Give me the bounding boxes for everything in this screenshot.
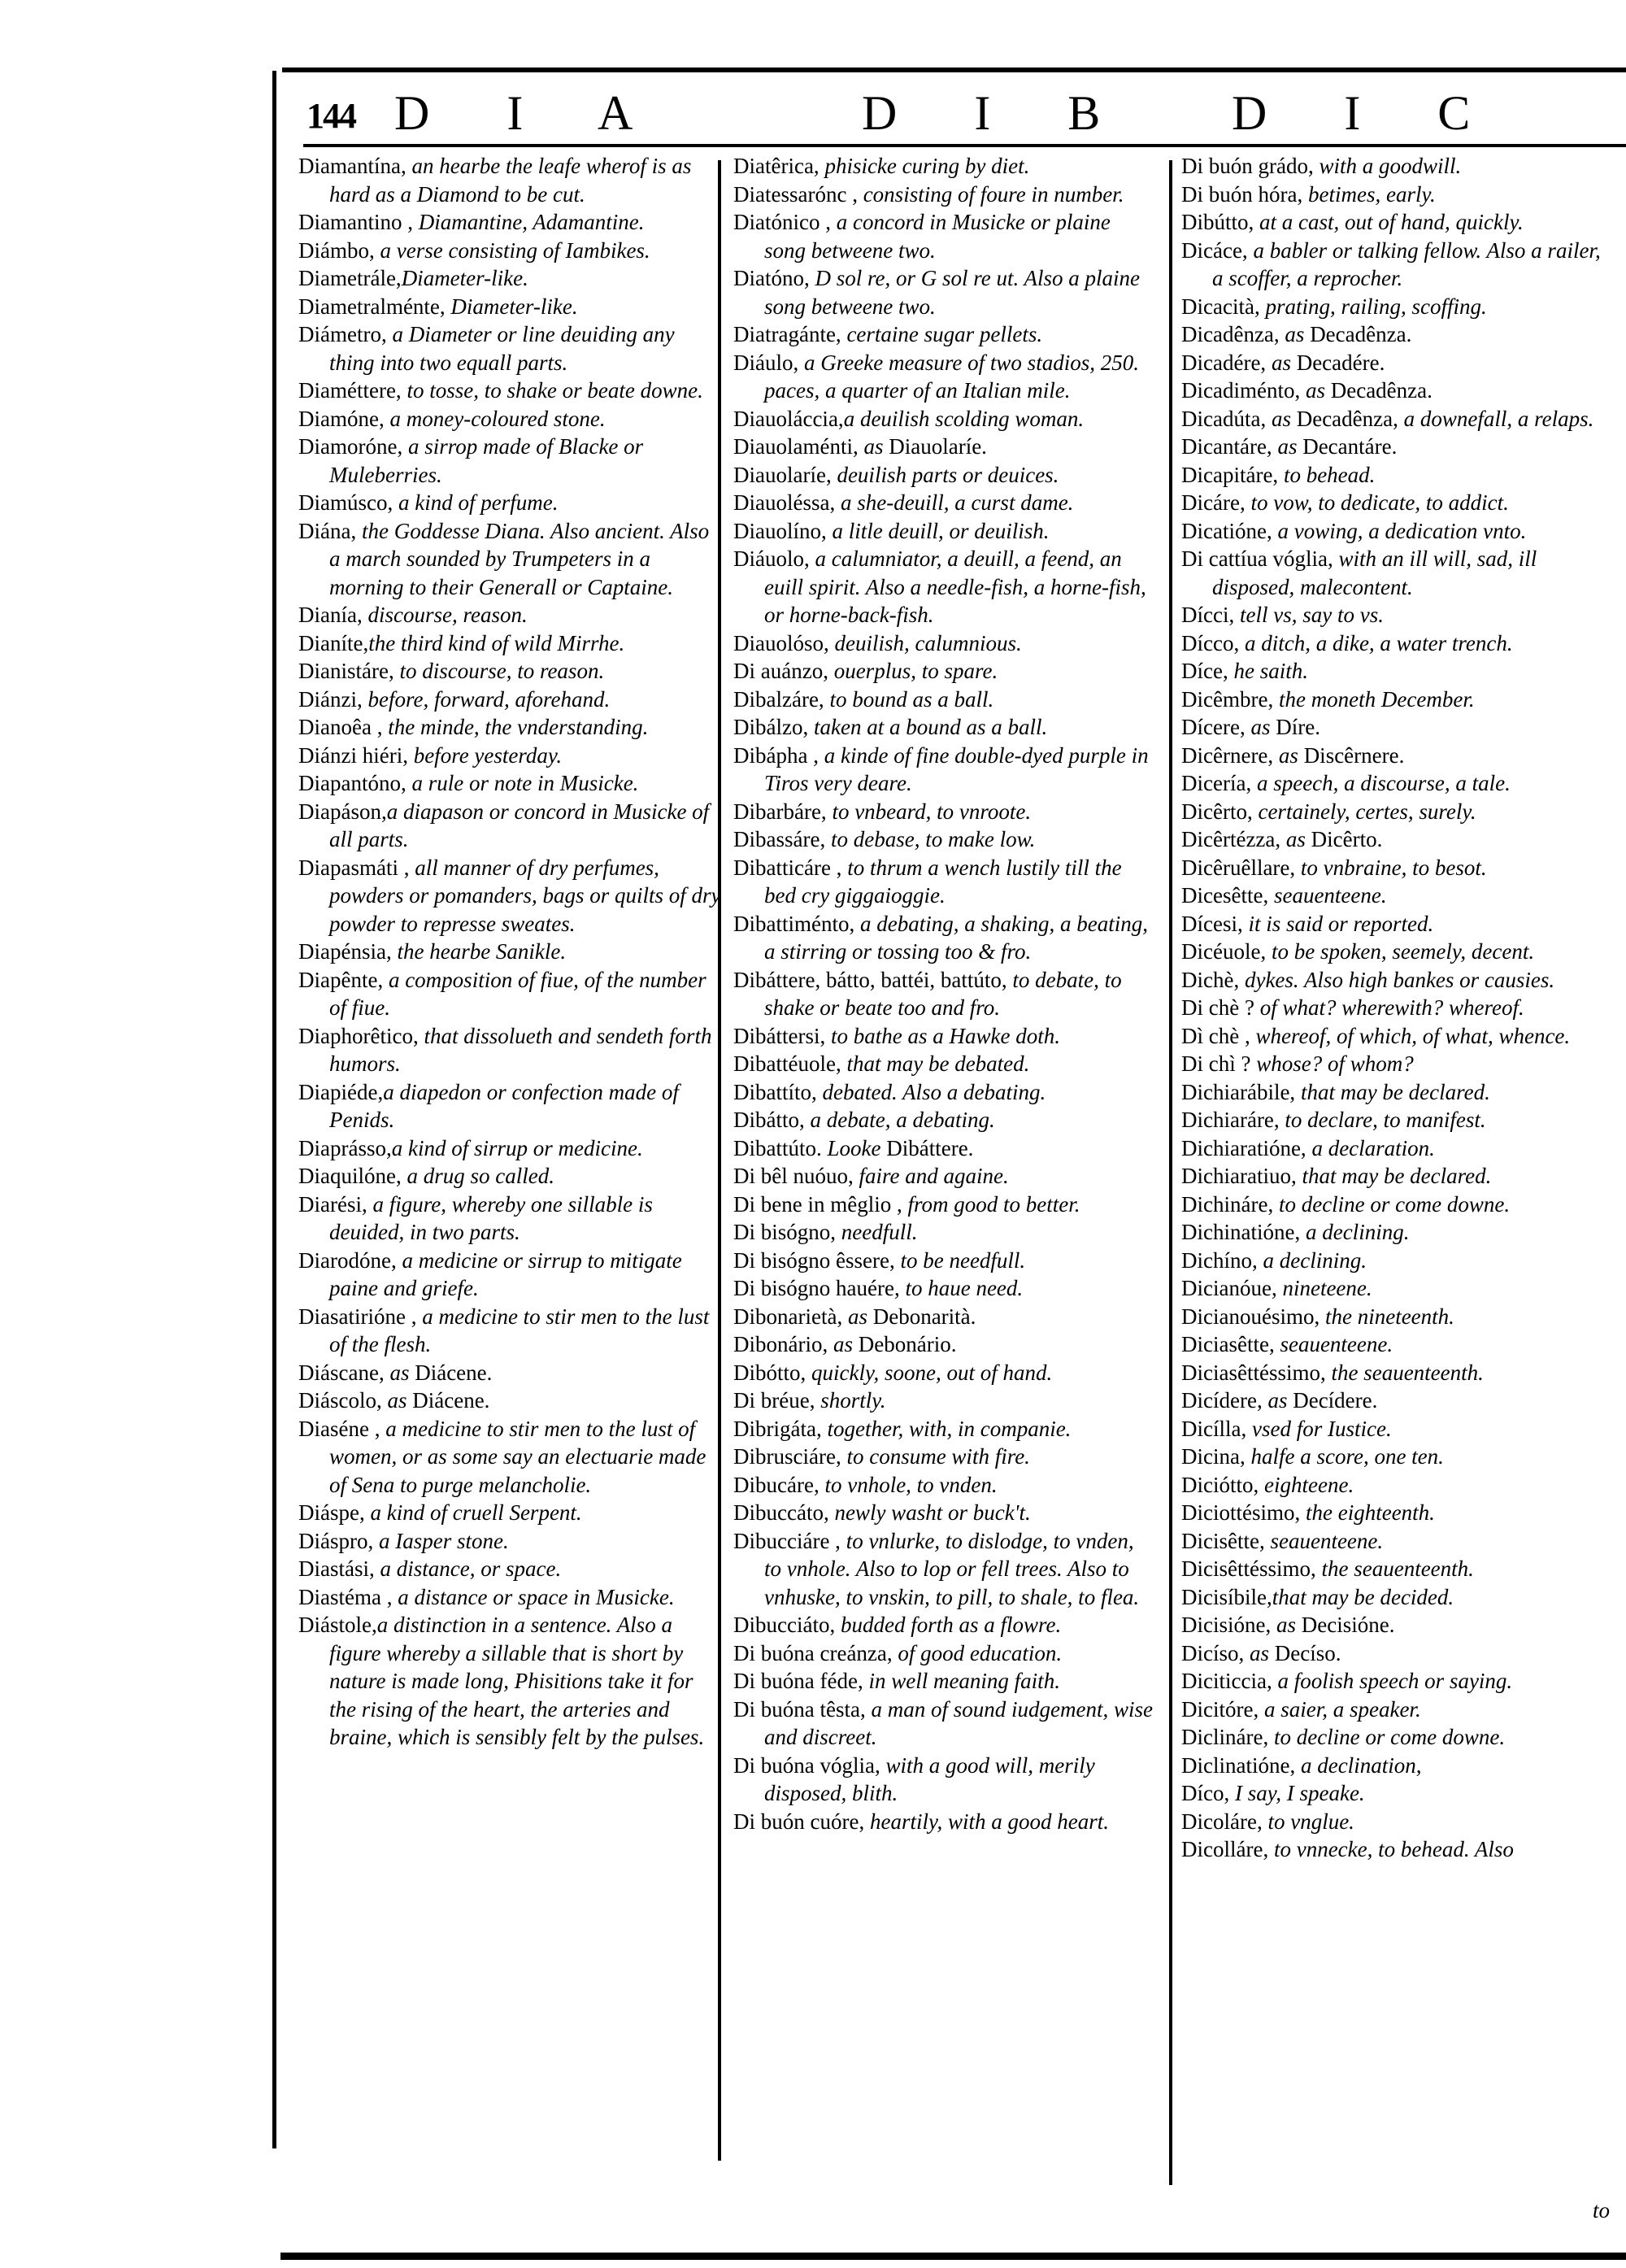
- definition: to decline or come downe.: [1268, 1725, 1505, 1749]
- headword: Dibucáre,: [733, 1473, 820, 1497]
- dictionary-entry: Diáuolo, a calumniator, a deuill, a feen…: [733, 545, 1156, 629]
- definition: before, forward, aforehand.: [363, 687, 611, 712]
- headword: Dicería,: [1181, 771, 1251, 795]
- headword: Dicêrto,: [1181, 799, 1253, 824]
- dictionary-entry: Di bréue, shortly.: [733, 1386, 1156, 1415]
- dictionary-entry: Diapiéde,a diapedon or confection made o…: [298, 1078, 721, 1134]
- definition: a kind of sirrup or medicine.: [392, 1136, 643, 1160]
- dictionary-entry: Dibassáre, to debase, to make low.: [733, 825, 1156, 854]
- headword: Diasatirióne ,: [298, 1304, 416, 1329]
- definition: a kinde of fine double-dyed purple in Ti…: [764, 743, 1149, 796]
- definition: vsed for Iustice.: [1246, 1417, 1391, 1441]
- definition: together, with, in companie.: [822, 1417, 1072, 1441]
- definition: a litle deuill, or deuilish.: [827, 519, 1050, 543]
- definition: needfull.: [836, 1220, 917, 1244]
- dictionary-entry: Dicina, halfe a score, one ten.: [1181, 1443, 1604, 1471]
- definition: deuilish parts or deuices.: [832, 463, 1059, 487]
- definition: a declining.: [1258, 1248, 1367, 1273]
- definition: Looke: [822, 1136, 886, 1160]
- headword: Diauolóso,: [733, 631, 829, 655]
- definition: seauenteene.: [1265, 1529, 1383, 1553]
- headword: Dibonário,: [733, 1332, 828, 1356]
- headword: Dibrusciáre,: [733, 1444, 841, 1469]
- headword: Diastási,: [298, 1556, 375, 1581]
- definition: faire and againe.: [854, 1164, 1009, 1188]
- dictionary-entry: Dibatticáre , to thrum a wench lustily t…: [733, 854, 1156, 910]
- definition: a speech, a discourse, a tale.: [1251, 771, 1511, 795]
- definition: to discourse, to reason.: [394, 659, 605, 683]
- dictionary-entry: Dicapitáre, to behead.: [1181, 461, 1604, 490]
- dictionary-entry: Diatóno, D sol re, or G sol re ut. Also …: [733, 264, 1156, 320]
- dictionary-entry: Dicisêtte, seauenteene.: [1181, 1527, 1604, 1556]
- definition: that may be decided.: [1272, 1585, 1454, 1609]
- definition: a ditch, a dike, a water trench.: [1239, 631, 1512, 655]
- headword: Dibótto,: [733, 1360, 806, 1385]
- dictionary-entry: Dicêrnere, as Discêrnere.: [1181, 742, 1604, 770]
- dictionary-entry: Dicêrtézza, as Dicêrto.: [1181, 825, 1604, 854]
- definition: a declination,: [1295, 1753, 1421, 1778]
- dictionary-entry: Di buón cuóre, heartily, with a good hea…: [733, 1808, 1156, 1836]
- headword: Diauolíno,: [733, 519, 827, 543]
- definition: a downefall, a relaps.: [1398, 407, 1594, 431]
- dictionary-entry: Diametralménte, Diameter-like.: [298, 293, 721, 321]
- headword: Dicisióne,: [1181, 1613, 1271, 1637]
- headword: Dícere,: [1181, 715, 1246, 739]
- definition: a Greeke measure of two stadios, 250. pa…: [764, 350, 1139, 403]
- headword: Dichiaratióne,: [1181, 1136, 1306, 1160]
- dictionary-entry: Dicílla, vsed for Iustice.: [1181, 1415, 1604, 1443]
- headword: Diáspe,: [298, 1500, 365, 1525]
- dictionary-entry: Dicisêttéssimo, the seauenteenth.: [1181, 1555, 1604, 1583]
- definition: a money-coloured stone.: [385, 407, 606, 431]
- dictionary-entry: Diánzi hiéri, before yesterday.: [298, 742, 721, 770]
- dictionary-entry: Dichíno, a declining.: [1181, 1247, 1604, 1275]
- dictionary-entry: Dibattúto. Looke Dibáttere.: [733, 1134, 1156, 1163]
- dictionary-entry: Dicesêtte, seauenteene.: [1181, 882, 1604, 910]
- dictionary-entry: Dicoláre, to vnglue.: [1181, 1808, 1604, 1836]
- definition: heartily, with a good heart.: [864, 1809, 1109, 1834]
- headword: Dibattéuole,: [733, 1051, 841, 1076]
- dictionary-entry: Di buóna têsta, a man of sound iudgement…: [733, 1696, 1156, 1752]
- headword: Diástole,: [298, 1613, 377, 1637]
- headword: Dibálzo,: [733, 715, 808, 739]
- headword: Diámbo,: [298, 238, 375, 263]
- headword: Dibútto,: [1181, 210, 1254, 234]
- headword: Dicêrnere,: [1181, 743, 1273, 768]
- definition: that may be declared.: [1295, 1080, 1490, 1104]
- dictionary-entry: Dicacità, prating, railing, scoffing.: [1181, 293, 1604, 321]
- definition: certaine sugar pellets.: [841, 322, 1042, 346]
- definition: as: [1244, 1641, 1275, 1665]
- dictionary-entry: Diáspe, a kind of cruell Serpent.: [298, 1499, 721, 1527]
- definition: phisicke curing by diet.: [820, 154, 1030, 178]
- definition: as: [859, 434, 889, 459]
- dictionary-entry: Di bisógno hauére, to haue need.: [733, 1274, 1156, 1303]
- dictionary-entry: Dicêmbre, the moneth December.: [1181, 686, 1604, 714]
- headword: Dicitóre,: [1181, 1697, 1259, 1722]
- dictionary-entry: Diametrále,Diameter-like.: [298, 264, 721, 293]
- dictionary-entry: Dibáttersi, to bathe as a Hawke doth.: [733, 1022, 1156, 1051]
- cross-reference: Díre.: [1276, 715, 1320, 739]
- dictionary-entry: Dicadúta, as Decadênza, a downefall, a r…: [1181, 405, 1604, 433]
- definition: deuilish, calumnious.: [829, 631, 1022, 655]
- definition: to declare, to manifest.: [1280, 1108, 1486, 1132]
- definition: as: [1266, 350, 1297, 375]
- definition: as: [1280, 322, 1311, 346]
- dictionary-entry: Dibattíto, debated. Also a debating.: [733, 1078, 1156, 1107]
- headword: Diapénsia,: [298, 939, 392, 964]
- dictionary-entry: Di chè ? of what? wherewith? whereof.: [1181, 994, 1604, 1022]
- dictionary-entry: Diauolíno, a litle deuill, or deuilish.: [733, 517, 1156, 546]
- definition: of what? wherewith? whereof.: [1254, 995, 1524, 1020]
- dictionary-entry: Diciasêtte, seauenteene.: [1181, 1330, 1604, 1359]
- definition: shortly.: [815, 1388, 885, 1413]
- dictionary-entry: Diapênte, a composition of fiue, of the …: [298, 966, 721, 1022]
- dictionary-entry: Dicadiménto, as Decadênza.: [1181, 377, 1604, 405]
- headword: Diclinatióne,: [1181, 1753, 1295, 1778]
- dictionary-entry: Diatêrica, phisicke curing by diet.: [733, 152, 1156, 181]
- dictionary-entry: Dicadênza, as Decadênza.: [1181, 320, 1604, 349]
- dictionary-entry: Dibrigáta, together, with, in companie.: [733, 1415, 1156, 1443]
- definition: a calumniator, a deuill, a feend, an eui…: [764, 546, 1146, 627]
- headword: Di bréue,: [733, 1388, 815, 1413]
- headword: Di buóna creánza,: [733, 1641, 893, 1665]
- definition: to vnnecke, to behead. Also: [1268, 1837, 1514, 1861]
- definition: D sol re, or G sol re ut. Also a plaine …: [764, 266, 1140, 319]
- headword: Diaphorêtico,: [298, 1024, 419, 1048]
- definition: a kind of perfume.: [393, 490, 558, 515]
- headword: Dibuccáto,: [733, 1500, 829, 1525]
- dictionary-entry: Diatessarónc , consisting of foure in nu…: [733, 181, 1156, 209]
- definition: tell vs, say to vs.: [1234, 603, 1384, 627]
- headword: Dicáce,: [1181, 238, 1248, 263]
- header-rule: [303, 144, 1626, 147]
- definition: as: [1266, 407, 1297, 431]
- cross-reference: Decisióne.: [1302, 1613, 1395, 1637]
- dictionary-entry: Dibátto, a debate, a debating.: [733, 1106, 1156, 1134]
- definition: as: [1300, 378, 1331, 403]
- dictionary-entry: Dicadére, as Decadére.: [1181, 349, 1604, 377]
- headword: Di buóna féde,: [733, 1669, 863, 1693]
- headword: Dicatióne,: [1181, 519, 1272, 543]
- dictionary-entry: Dicisióne, as Decisióne.: [1181, 1611, 1604, 1639]
- dictionary-entry: Dicíso, as Decíso.: [1181, 1639, 1604, 1668]
- dictionary-entry: Dicáce, a babler or talking fellow. Also…: [1181, 237, 1604, 293]
- headword: Diametralménte,: [298, 294, 446, 319]
- dictionary-entry: Dibáttere, bátto, battéi, battúto, to de…: [733, 966, 1156, 1022]
- dictionary-entry: Dícci, tell vs, say to vs.: [1181, 601, 1604, 629]
- dictionary-entry: Diámetro, a Diameter or line deuiding an…: [298, 320, 721, 377]
- dictionary-entry: Dibucciáre , to vnlurke, to dislodge, to…: [733, 1527, 1156, 1612]
- headword: Diciticcia,: [1181, 1669, 1272, 1693]
- definition: to bound as a ball.: [824, 687, 994, 712]
- running-head: 144 D I A D I B D I C: [297, 77, 1626, 138]
- definition: prating, railing, scoffing.: [1260, 294, 1487, 319]
- headword: Dibrigáta,: [733, 1417, 822, 1441]
- headword: Diciasêtte,: [1181, 1332, 1275, 1356]
- definition: to haue need.: [900, 1276, 1023, 1300]
- definition: as: [1246, 715, 1276, 739]
- guide-word-right: D I C: [1232, 85, 1502, 141]
- cross-reference: Discêrnere.: [1304, 743, 1405, 768]
- headword: Diaméttere,: [298, 378, 402, 403]
- headword: Dícco,: [1181, 631, 1239, 655]
- dictionary-entry: Dì chè , whereof, of which, of what, whe…: [1181, 1022, 1604, 1051]
- dictionary-entry: Di bisógno, needfull.: [733, 1218, 1156, 1247]
- cross-reference: Decadênza.: [1310, 322, 1411, 346]
- dictionary-entry: Dianía, discourse, reason.: [298, 601, 721, 629]
- dictionary-entry: Diáscane, as Diácene.: [298, 1359, 721, 1387]
- dictionary-entry: Di auánzo, ouerplus, to spare.: [733, 657, 1156, 686]
- headword: Dicíso,: [1181, 1641, 1244, 1665]
- column-middle: Diatêrica, phisicke curing by diet.Diate…: [733, 152, 1156, 1835]
- definition: the hearbe Sanikle.: [392, 939, 566, 964]
- definition: to be needfull.: [895, 1248, 1025, 1273]
- dictionary-entry: Dicéuole, to be spoken, seemely, decent.: [1181, 938, 1604, 966]
- headword: Diauoléssa,: [733, 490, 835, 515]
- dictionary-entry: Diauolóso, deuilish, calumnious.: [733, 629, 1156, 658]
- headword: Diapantóno,: [298, 771, 406, 795]
- dictionary-entry: Diaméttere, to tosse, to shake or beate …: [298, 377, 721, 405]
- dictionary-entry: Dichiaratióne, a declaration.: [1181, 1134, 1604, 1163]
- headword: Dicantáre,: [1181, 434, 1272, 459]
- dictionary-entry: Dibótto, quickly, soone, out of hand.: [733, 1359, 1156, 1387]
- definition: newly washt or buck't.: [829, 1500, 1031, 1525]
- headword: Dibátto,: [733, 1108, 805, 1132]
- headword: Dicílla,: [1181, 1417, 1246, 1441]
- definition: as: [1272, 434, 1303, 459]
- dictionary-entry: Dibucciáto, budded forth as a flowre.: [733, 1611, 1156, 1639]
- definition: a declaration.: [1306, 1136, 1435, 1160]
- column-left: Diamantína, an hearbe the leafe wherof i…: [298, 152, 721, 1752]
- dictionary-entry: Diamantína, an hearbe the leafe wherof i…: [298, 152, 721, 208]
- definition: in well meaning faith.: [863, 1669, 1060, 1693]
- dictionary-entry: Diastási, a distance, or space.: [298, 1555, 721, 1583]
- headword: Dibucciáto,: [733, 1613, 835, 1637]
- dictionary-entry: Dibonário, as Debonário.: [733, 1330, 1156, 1359]
- headword: Diauoláccia,: [733, 407, 844, 431]
- headword: Dicéuole,: [1181, 939, 1266, 964]
- cross-reference: Decadênza,: [1297, 407, 1398, 431]
- definition: dykes. Also high bankes or causies.: [1239, 968, 1554, 992]
- dictionary-entry: Dichinatióne, a declining.: [1181, 1218, 1604, 1247]
- dictionary-entry: Diclinatióne, a declination,: [1181, 1752, 1604, 1780]
- headword: Dicêrtézza,: [1181, 827, 1280, 851]
- headword: Dicídere,: [1181, 1388, 1263, 1413]
- definition: to consume with fire.: [841, 1444, 1030, 1469]
- definition: certainely, certes, surely.: [1253, 799, 1476, 824]
- headword: Dichíno,: [1181, 1248, 1258, 1273]
- dictionary-page: 144 D I A D I B D I C Diamantína, an hea…: [272, 61, 1626, 2265]
- headword: Di bisógno êssere,: [733, 1248, 895, 1273]
- headword: Dibápha ,: [733, 743, 819, 768]
- dictionary-entry: Dibálzo, taken at a bound as a ball.: [733, 713, 1156, 742]
- dictionary-entry: Di bene in mêglio , from good to better.: [733, 1191, 1156, 1219]
- definition: the seauenteenth.: [1316, 1556, 1474, 1581]
- definition: to decline or come downe.: [1273, 1192, 1510, 1217]
- dictionary-entry: Dianíte,the third kind of wild Mirrhe.: [298, 629, 721, 658]
- headword: Dichiarábile,: [1181, 1080, 1295, 1104]
- headword: Diamóne,: [298, 407, 385, 431]
- cross-reference: Decídere.: [1293, 1388, 1377, 1413]
- dictionary-entry: Dibucáre, to vnhole, to vnden.: [733, 1471, 1156, 1500]
- dictionary-entry: Dichiarábile, that may be declared.: [1181, 1078, 1604, 1107]
- dictionary-entry: Dibuccáto, newly washt or buck't.: [733, 1499, 1156, 1527]
- dictionary-entry: Dibonarietà, as Debonarità.: [733, 1303, 1156, 1331]
- cross-reference: Debonarità.: [873, 1304, 976, 1329]
- headword: Diamúsco,: [298, 490, 393, 515]
- dictionary-entry: Diamúsco, a kind of perfume.: [298, 489, 721, 517]
- headword: Dícci,: [1181, 603, 1234, 627]
- headword: Dichiaráre,: [1181, 1108, 1280, 1132]
- definition: whereof, of which, of what, whence.: [1250, 1024, 1570, 1048]
- headword: Diáulo,: [733, 350, 798, 375]
- definition: to bathe as a Hawke doth.: [825, 1024, 1060, 1048]
- headword: Diciótto,: [1181, 1473, 1259, 1497]
- cross-reference: Dicêrto.: [1311, 827, 1383, 851]
- dictionary-entry: Diasatirióne , a medicine to stir men to…: [298, 1303, 721, 1359]
- definition: ouerplus, to spare.: [828, 659, 998, 683]
- definition: a distance, or space.: [375, 1556, 561, 1581]
- definition: to behead.: [1278, 463, 1375, 487]
- definition: the seauenteenth.: [1326, 1360, 1484, 1385]
- dictionary-entry: Dibútto, at a cast, out of hand, quickly…: [1181, 208, 1604, 237]
- dictionary-entry: Dicianouésimo, the nineteenth.: [1181, 1303, 1604, 1331]
- dictionary-entry: Diáscolo, as Diácene.: [298, 1386, 721, 1415]
- dictionary-entry: Diánzi, before, forward, aforehand.: [298, 686, 721, 714]
- definition: halfe a score, one ten.: [1246, 1444, 1444, 1469]
- dictionary-entry: Diáulo, a Greeke measure of two stadios,…: [733, 349, 1156, 405]
- headword: Diaséne ,: [298, 1417, 380, 1441]
- headword: Dianíte,: [298, 631, 368, 655]
- definition: Diameter-like.: [446, 294, 578, 319]
- headword: Dibáttere, bátto, battéi, battúto,: [733, 968, 1007, 992]
- page-number: 144: [307, 95, 355, 137]
- definition: of good education.: [893, 1641, 1062, 1665]
- headword: Di buón grádo,: [1181, 154, 1314, 178]
- dictionary-entry: Díce, he saith.: [1181, 657, 1604, 686]
- dictionary-entry: Diamóne, a money-coloured stone.: [298, 405, 721, 433]
- headword: Dibonarietà,: [733, 1304, 842, 1329]
- dictionary-entry: Diclináre, to decline or come downe.: [1181, 1723, 1604, 1752]
- headword: Diána,: [298, 519, 356, 543]
- definition: the third kind of wild Mirrhe.: [368, 631, 624, 655]
- headword: Diapênte,: [298, 968, 383, 992]
- dictionary-entry: Diámbo, a verse consisting of Iambikes.: [298, 237, 721, 265]
- headword: Diciasêttéssimo,: [1181, 1360, 1326, 1385]
- dictionary-entry: Dibattiménto, a debating, a shaking, a b…: [733, 910, 1156, 966]
- definition: as: [842, 1304, 873, 1329]
- definition: consisting of foure in number.: [858, 182, 1124, 207]
- headword: Diatragánte,: [733, 322, 841, 346]
- dictionary-entry: Dicería, a speech, a discourse, a tale.: [1181, 769, 1604, 798]
- definition: as: [1280, 827, 1311, 851]
- definition: before yesterday.: [408, 743, 562, 768]
- dictionary-entry: Di bêl nuóuo, faire and againe.: [733, 1162, 1156, 1191]
- headword: Dícesi,: [1181, 912, 1243, 936]
- headword: Di buón hóra,: [1181, 182, 1302, 207]
- headword: Diarési,: [298, 1192, 367, 1217]
- definition: a babler or talking fellow. Also a raile…: [1212, 238, 1601, 291]
- headword: Dianistáre,: [298, 659, 394, 683]
- dictionary-entry: Dichiaráre, to declare, to manifest.: [1181, 1106, 1604, 1134]
- headword: Dicisêttéssimo,: [1181, 1556, 1316, 1581]
- headword: Dicadiménto,: [1181, 378, 1300, 403]
- headword: Diastéma ,: [298, 1585, 392, 1609]
- headword: Dicacità,: [1181, 294, 1260, 319]
- headword: Diauolaríe,: [733, 463, 832, 487]
- headword: Diamantína,: [298, 154, 406, 178]
- dictionary-entry: Di buóna creánza, of good education.: [733, 1639, 1156, 1668]
- definition: as: [1271, 1613, 1302, 1637]
- dictionary-entry: Diauoláccia,a deuilish scolding woman.: [733, 405, 1156, 433]
- headword: Di bisógno hauére,: [733, 1276, 900, 1300]
- headword: Diapáson,: [298, 799, 387, 824]
- dictionary-entry: Diarodóne, a medicine or sirrup to mitig…: [298, 1247, 721, 1303]
- headword: Di buóna vóglia,: [733, 1753, 880, 1778]
- dictionary-entry: Diamantino , Diamantine, Adamantine.: [298, 208, 721, 237]
- dictionary-entry: Diatragánte, certaine sugar pellets.: [733, 320, 1156, 349]
- definition: as: [828, 1332, 859, 1356]
- headword: Dicina,: [1181, 1444, 1246, 1469]
- dictionary-entry: Diciticcia, a foolish speech or saying.: [1181, 1667, 1604, 1696]
- headword: Dì chè ,: [1181, 1024, 1250, 1048]
- definition: to vow, to dedicate, to addict.: [1246, 490, 1509, 515]
- headword: Dicadére,: [1181, 350, 1266, 375]
- definition: to be spoken, seemely, decent.: [1266, 939, 1534, 964]
- headword: Dianía,: [298, 603, 363, 627]
- dictionary-entry: Dibattéuole, that may be debated.: [733, 1050, 1156, 1078]
- headword: Diánzi hiéri,: [298, 743, 408, 768]
- dictionary-entry: Diástole,a distinction in a sentence. Al…: [298, 1611, 721, 1752]
- definition: betimes, early.: [1302, 182, 1435, 207]
- dictionary-entry: Diciótto, eighteene.: [1181, 1471, 1604, 1500]
- headword: Dicianóue,: [1181, 1276, 1277, 1300]
- headword: Di buóna têsta,: [733, 1697, 866, 1722]
- headword: Diamantino ,: [298, 210, 413, 234]
- headword: Diapiéde,: [298, 1080, 383, 1104]
- headword: Diauolaménti,: [733, 434, 859, 459]
- definition: a rule or note in Musicke.: [406, 771, 639, 795]
- cross-reference: Diácene.: [415, 1360, 492, 1385]
- definition: a figure, whereby one sillable is deuide…: [329, 1192, 653, 1245]
- definition: the minde, the vnderstanding.: [382, 715, 648, 739]
- definition: to vnhole, to vnden.: [820, 1473, 998, 1497]
- dictionary-entry: Dichiaratiuo, that may be declared.: [1181, 1162, 1604, 1191]
- dictionary-entry: Dibrusciáre, to consume with fire.: [733, 1443, 1156, 1471]
- dictionary-entry: Di bisógno êssere, to be needfull.: [733, 1247, 1156, 1275]
- dictionary-entry: Diaquilóne, a drug so called.: [298, 1162, 721, 1191]
- definition: a vowing, a dedication vnto.: [1272, 519, 1527, 543]
- definition: it is said or reported.: [1243, 912, 1434, 936]
- definition: a drug so called.: [402, 1164, 554, 1188]
- definition: a declining.: [1300, 1220, 1409, 1244]
- headword: Dicadênza,: [1181, 322, 1280, 346]
- cross-reference: Decadére.: [1297, 350, 1385, 375]
- definition: to vnbraine, to besot.: [1295, 855, 1486, 880]
- dictionary-entry: Dibápha , a kinde of fine double-dyed pu…: [733, 742, 1156, 798]
- guide-word-left: D I A: [394, 85, 665, 141]
- definition: eighteene.: [1259, 1473, 1354, 1497]
- headword: Di buón cuóre,: [733, 1809, 864, 1834]
- headword: Dibatticáre ,: [733, 855, 841, 880]
- definition: a diapason or concord in Musicke of all …: [329, 799, 709, 852]
- definition: Diameter-like.: [402, 266, 528, 290]
- definition: a distance or space in Musicke.: [392, 1585, 674, 1609]
- headword: Diclináre,: [1181, 1725, 1268, 1749]
- dictionary-entry: Diauolaménti, as Diauolaríe.: [733, 433, 1156, 461]
- cross-reference: Decantáre.: [1302, 434, 1397, 459]
